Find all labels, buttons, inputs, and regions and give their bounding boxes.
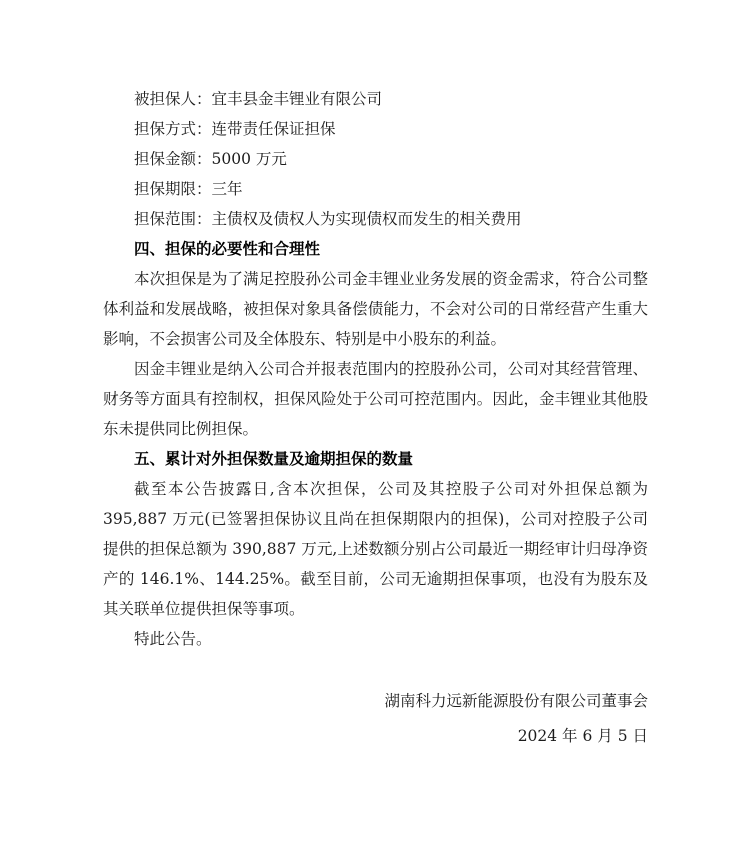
guarantee-method-line: 担保方式：连带责任保证担保: [103, 114, 648, 144]
section-5-heading: 五、累计对外担保数量及逾期担保的数量: [103, 444, 648, 474]
section-4-paragraph-1: 本次担保是为了满足控股孙公司金丰锂业业务发展的资金需求，符合公司整体利益和发展战…: [103, 264, 648, 354]
signature-date: 2024 年 6 月 5 日: [103, 719, 648, 754]
section-5-paragraph-1: 截至本公告披露日,含本次担保，公司及其控股子公司对外担保总额为 395,887 …: [103, 474, 648, 624]
guarantee-amount-line: 担保金额：5000 万元: [103, 144, 648, 174]
guarantee-term-line: 担保期限：三年: [103, 174, 648, 204]
guarantee-scope-line: 担保范围：主债权及债权人为实现债权而发生的相关费用: [103, 204, 648, 234]
closing-statement: 特此公告。: [103, 624, 648, 654]
guaranteed-party-line: 被担保人：宜丰县金丰锂业有限公司: [103, 84, 648, 114]
announcement-page: 被担保人：宜丰县金丰锂业有限公司 担保方式：连带责任保证担保 担保金额：5000…: [0, 0, 749, 860]
section-4-paragraph-2: 因金丰锂业是纳入公司合并报表范围内的控股孙公司，公司对其经营管理、财务等方面具有…: [103, 354, 648, 444]
section-4-heading: 四、担保的必要性和合理性: [103, 234, 648, 264]
document-body: 被担保人：宜丰县金丰锂业有限公司 担保方式：连带责任保证担保 担保金额：5000…: [103, 84, 648, 754]
signature-company: 湖南科力远新能源股份有限公司董事会: [103, 684, 648, 719]
signature-block: 湖南科力远新能源股份有限公司董事会 2024 年 6 月 5 日: [103, 684, 648, 754]
